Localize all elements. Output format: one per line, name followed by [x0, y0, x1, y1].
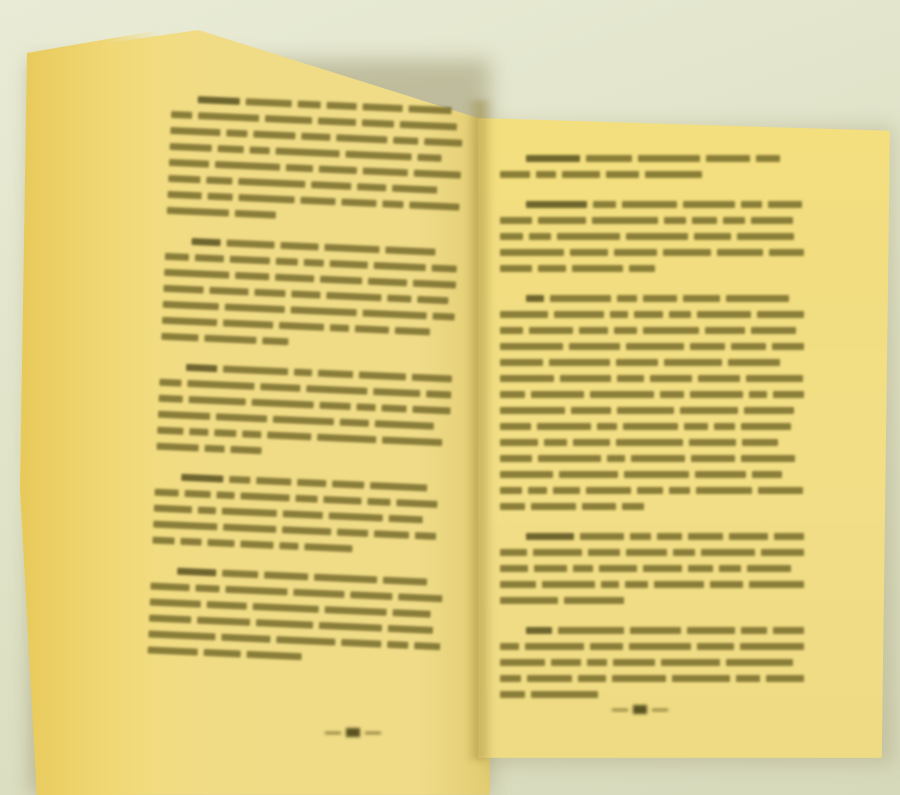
- text-line: [500, 503, 810, 510]
- left-page-number: [325, 728, 381, 737]
- text-line: [500, 327, 810, 334]
- text-line: [500, 597, 810, 604]
- text-line: [500, 233, 810, 240]
- text-line: [500, 375, 810, 382]
- text-line: [500, 581, 810, 588]
- text-line: [500, 295, 810, 302]
- text-line: [500, 533, 810, 540]
- text-line: [500, 171, 810, 178]
- text-line: [500, 311, 810, 318]
- text-line: [500, 675, 810, 682]
- text-line: [500, 439, 810, 446]
- text-line: [500, 155, 810, 162]
- text-line: [500, 265, 810, 272]
- text-line: [500, 343, 810, 350]
- text-line: [500, 691, 810, 698]
- text-line: [500, 391, 810, 398]
- text-line: [500, 249, 810, 256]
- text-line: [500, 565, 810, 572]
- right-page-number: [612, 705, 668, 714]
- text-line: [500, 627, 810, 634]
- text-line: [500, 659, 810, 666]
- text-line: [500, 455, 810, 462]
- page-stack-edge: [20, 30, 160, 795]
- text-line: [500, 549, 810, 556]
- text-line: [500, 423, 810, 430]
- right-page-text: [500, 155, 810, 721]
- book-gutter: [466, 100, 494, 760]
- text-line: [500, 359, 810, 366]
- text-line: [500, 471, 810, 478]
- text-line: [500, 201, 810, 208]
- text-line: [500, 643, 810, 650]
- text-line: [500, 407, 810, 414]
- text-line: [500, 217, 810, 224]
- text-line: [500, 487, 810, 494]
- left-page-text: [147, 95, 470, 689]
